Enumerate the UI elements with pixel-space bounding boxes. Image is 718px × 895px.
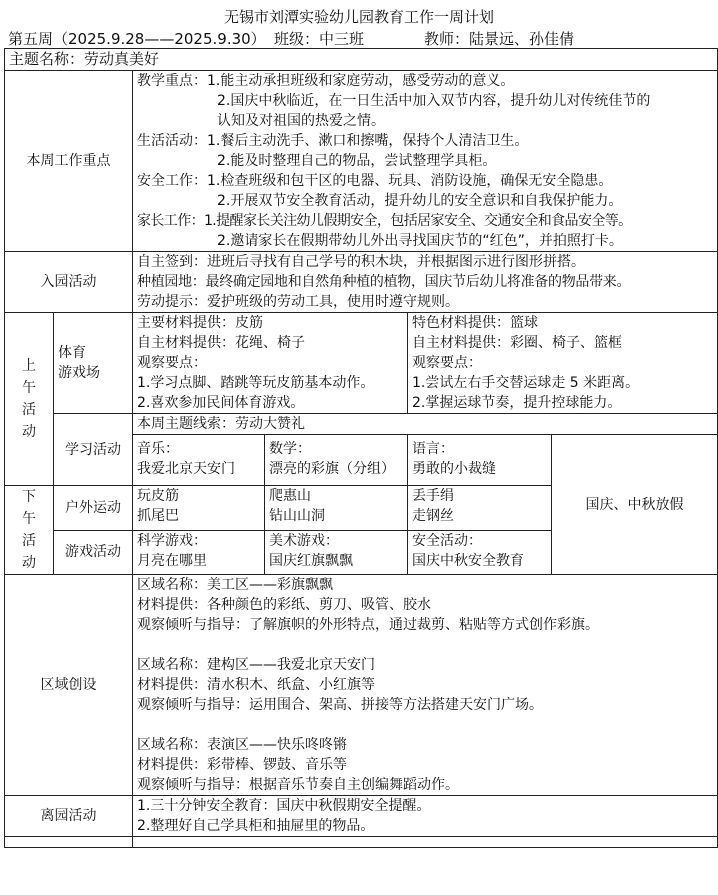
focus-line: 认知及对祖国的热爱之情。 [137, 111, 713, 131]
arrival-line: 劳动提示：爱护班级的劳动工具，使用时遵守规则。 [137, 292, 713, 312]
game-cell: 安全活动： 国庆中秋安全教育 [408, 530, 552, 575]
afternoon-label: 下 午 活 动 [5, 486, 54, 575]
morning-char: 午 [22, 377, 36, 399]
pe-label: 体育 游戏场 [54, 313, 133, 414]
outdoor-label: 户外运动 [54, 486, 133, 531]
pe-right-content: 特色材料提供：篮球 自主材料提供：彩圈、椅子、篮框 观察要点： 1.尝试左右手交… [408, 313, 718, 414]
focus-line: 2.能及时整理自己的物品，尝试整理学具柜。 [137, 151, 713, 171]
afternoon-char: 午 [22, 508, 36, 530]
pe-line: 1.尝试左右手交替运球走 5 米距离。 [412, 373, 713, 393]
area-line: 观察倾听与指导：了解旗帜的外形特点，通过裁剪、粘贴等方式创作彩旗。 [137, 615, 713, 635]
activity: 钻山山洞 [269, 506, 403, 526]
teacher-names: 教师：陆景远、孙佳倩 [424, 28, 574, 49]
holiday-note: 国庆、中秋放假 [552, 435, 718, 575]
pe-line: 2.喜欢参加民间体育游戏。 [137, 393, 403, 413]
morning-char: 上 [22, 355, 36, 377]
next-row-stub [133, 837, 718, 848]
areas-label: 区域创设 [5, 575, 133, 796]
games-label: 游戏活动 [54, 530, 133, 575]
pe-label-line: 体育 [58, 343, 128, 363]
pe-line: 自主材料提供：花绳、椅子 [137, 333, 403, 353]
morning-label: 上 午 活 动 [5, 313, 54, 486]
activity: 丢手绢 [412, 486, 547, 506]
focus-line: 2.邀请家长在假期带幼儿外出寻找国庆节的“红色”，并拍照打卡。 [137, 231, 713, 251]
arrival-content: 自主签到：进班后寻找有自己学号的积木块，并根据图示进行图形拼搭。 种植园地：最终… [133, 252, 718, 313]
activity: 玩皮筋 [137, 486, 260, 506]
theme-thread: 本周主题线索：劳动大赞礼 [133, 414, 718, 435]
activity: 走钢丝 [412, 506, 547, 526]
area-line: 材料提供：彩带棒、锣鼓、音乐等 [137, 755, 713, 775]
arrival-line: 种植园地：最终确定园地和自然角种植的植物，国庆节后幼儿将准备的物品带来。 [137, 272, 713, 292]
area-line: 区域名称：表演区——快乐咚咚锵 [137, 735, 713, 755]
pe-line: 特色材料提供：篮球 [412, 313, 713, 333]
departure-line: 2.整理好自己学具柜和抽屉里的物品。 [137, 816, 713, 836]
class-name: 班级：中三班 [274, 28, 424, 49]
afternoon-char: 活 [22, 530, 36, 552]
area-line: 观察倾听与指导：运用围合、架高、拼接等方法搭建天安门广场。 [137, 695, 713, 715]
theme-row: 主题名称：劳动真美好 [5, 49, 718, 71]
game-type: 科学游戏： [137, 531, 260, 551]
weekly-focus-content: 教学重点：1.能主动承担班级和家庭劳动，感受劳动的意义。 2.国庆中秋临近，在一… [133, 71, 718, 252]
focus-line: 生活活动：1.餐后主动洗手、漱口和擦嘴，保持个人清洁卫生。 [137, 131, 713, 151]
areas-content: 区域名称：美工区——彩旗飘飘 材料提供：各种颜色的彩纸、剪刀、吸管、胶水 观察倾… [133, 575, 718, 796]
pe-line: 主要材料提供：皮筋 [137, 313, 403, 333]
focus-line: 教学重点：1.能主动承担班级和家庭劳动，感受劳动的意义。 [137, 71, 713, 91]
pe-line: 1.学习点脚、踏跳等玩皮筋基本动作。 [137, 373, 403, 393]
afternoon-char: 动 [22, 552, 36, 574]
subject-label: 语言： [412, 439, 547, 459]
outdoor-cell: 丢手绢 走钢丝 [408, 486, 552, 531]
activity: 抓尾巴 [137, 506, 260, 526]
week-range: 第五周（2025.9.28——2025.9.30） [8, 28, 278, 49]
outdoor-cell: 爬惠山 钻山山洞 [265, 486, 408, 531]
game-title: 国庆中秋安全教育 [412, 551, 547, 571]
game-type: 安全活动： [412, 531, 547, 551]
area-line: 材料提供：清水积木、纸盒、小红旗等 [137, 675, 713, 695]
focus-line: 2.开展双节安全教育活动，提升幼儿的安全意识和自我保护能力。 [137, 191, 713, 211]
lesson-title: 漂亮的彩旗（分组） [269, 459, 403, 479]
subject-label: 音乐： [137, 439, 260, 459]
focus-line: 安全工作：1.检查班级和包干区的电器、玩具、消防设施，确保无安全隐患。 [137, 171, 713, 191]
game-title: 月亮在哪里 [137, 551, 260, 571]
game-cell: 美术游戏： 国庆红旗飘飘 [265, 530, 408, 575]
game-cell: 科学游戏： 月亮在哪里 [133, 530, 265, 575]
learning-cell-language: 语言： 勇敢的小裁缝 [408, 435, 552, 486]
area-line: 观察倾听与指导：根据音乐节奏自主创编舞蹈动作。 [137, 775, 713, 795]
game-title: 国庆红旗飘飘 [269, 551, 403, 571]
area-line: 材料提供：各种颜色的彩纸、剪刀、吸管、胶水 [137, 595, 713, 615]
learning-label: 学习活动 [54, 414, 133, 486]
learning-cell-music: 音乐： 我爱北京天安门 [133, 435, 265, 486]
focus-line: 2.国庆中秋临近，在一日生活中加入双节内容，提升幼儿对传统佳节的 [137, 91, 713, 111]
game-type: 美术游戏： [269, 531, 403, 551]
area-line: 区域名称：建构区——我爱北京天安门 [137, 655, 713, 675]
document-title: 无锡市刘潭实验幼儿园教育工作一周计划 [0, 6, 718, 27]
afternoon-char: 下 [22, 486, 36, 508]
arrival-line: 自主签到：进班后寻找有自己学号的积木块，并根据图示进行图形拼搭。 [137, 252, 713, 272]
arrival-label: 入园活动 [5, 252, 133, 313]
pe-line: 观察要点： [412, 353, 713, 373]
pe-line: 观察要点： [137, 353, 403, 373]
weekly-plan-table: 主题名称：劳动真美好 本周工作重点 教学重点：1.能主动承担班级和家庭劳动，感受… [4, 48, 718, 848]
lesson-title: 我爱北京天安门 [137, 459, 260, 479]
focus-line: 家长工作：1.提醒家长关注幼儿假期安全，包括居家安全、交通安全和食品安全等。 [137, 211, 713, 231]
pe-left-content: 主要材料提供：皮筋 自主材料提供：花绳、椅子 观察要点： 1.学习点脚、踏跳等玩… [133, 313, 408, 414]
learning-cell-math: 数学： 漂亮的彩旗（分组） [265, 435, 408, 486]
activity: 爬惠山 [269, 486, 403, 506]
pe-line: 2.掌握运球节奏，提升控球能力。 [412, 393, 713, 413]
departure-line: 1.三十分钟安全教育：国庆中秋假期安全提醒。 [137, 796, 713, 816]
pe-line: 自主材料提供：彩圈、椅子、篮框 [412, 333, 713, 353]
lesson-title: 勇敢的小裁缝 [412, 459, 547, 479]
morning-char: 活 [22, 399, 36, 421]
area-line: 区域名称：美工区——彩旗飘飘 [137, 575, 713, 595]
subject-label: 数学： [269, 439, 403, 459]
plan-header: 第五周（2025.9.28——2025.9.30）班级：中三班教师：陆景远、孙佳… [8, 28, 574, 49]
weekly-focus-label: 本周工作重点 [5, 71, 133, 252]
departure-label: 离园活动 [5, 796, 133, 837]
morning-char: 动 [22, 421, 36, 443]
next-row-stub [5, 837, 133, 848]
pe-label-line: 游戏场 [58, 363, 128, 383]
departure-content: 1.三十分钟安全教育：国庆中秋假期安全提醒。 2.整理好自己学具柜和抽屉里的物品… [133, 796, 718, 837]
outdoor-cell: 玩皮筋 抓尾巴 [133, 486, 265, 531]
